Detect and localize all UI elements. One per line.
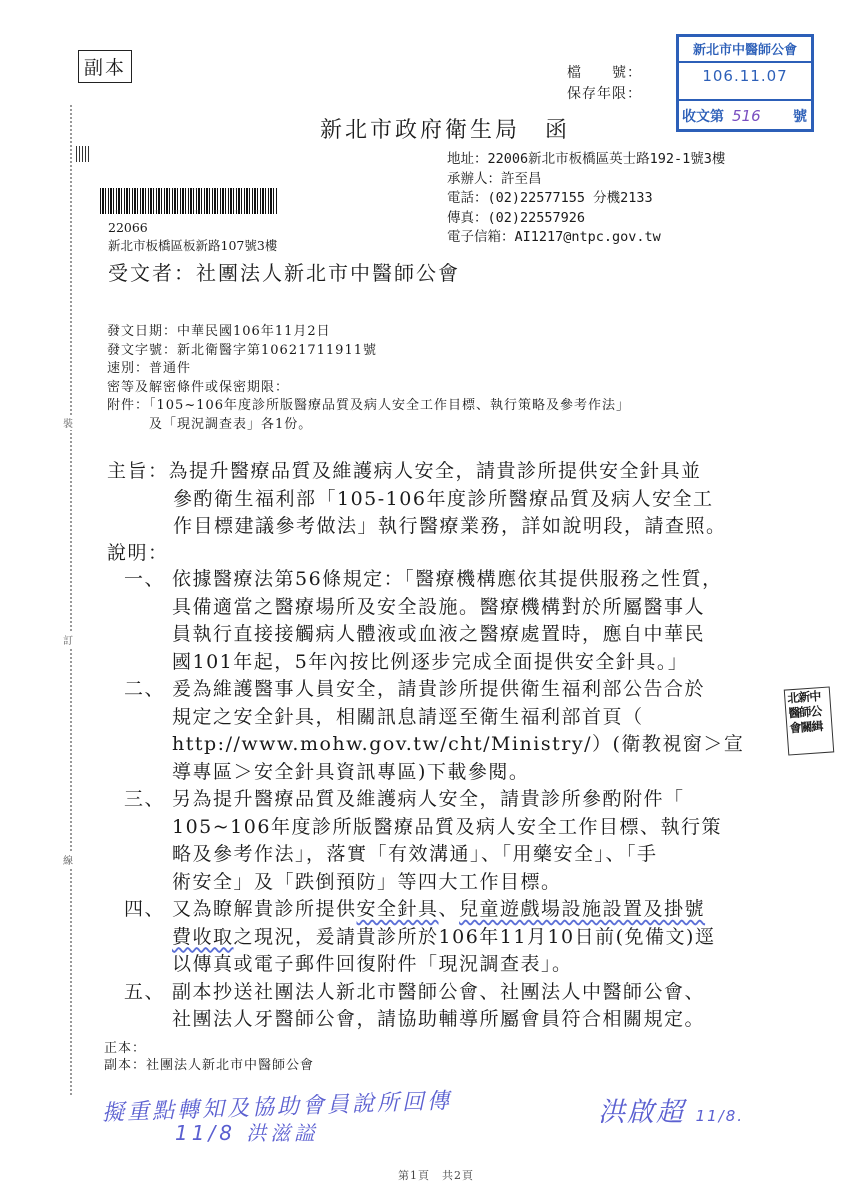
item-line: 以傳真或電子郵件回復附件「現況調查表」。: [124, 951, 744, 979]
signature-name: 洪啟超: [598, 1097, 685, 1128]
item-text: 又為瞭解貴診所提供: [172, 898, 357, 920]
recipient: 受文者：社團法人新北市中醫師公會: [108, 257, 460, 286]
distribution: 正本： 副本：社團法人新北市中醫師公會: [104, 1040, 314, 1074]
item-line: 略及參考作法」，落實「有效溝通」、「用藥安全」、「手: [124, 841, 744, 869]
subject-section: 主旨：為提升醫療品質及維護病人安全，請貴診所提供安全針具並 參酌衛生福利部「10…: [107, 458, 727, 541]
contact-address: 地址：22006新北市板橋區英士路192-1號3樓: [447, 150, 725, 170]
handwritten-underline: 安全針具: [357, 898, 439, 920]
explanation-item-2: 二、爰為維護醫事人員安全，請貴診所提供衛生福利部公告合於 規定之安全針具，相關訊…: [124, 676, 744, 786]
retention-label: 保存年限：: [567, 84, 642, 105]
document-meta: 發文日期：中華民國106年11月2日 發文字號：新北衛醫字第1062171191…: [107, 323, 630, 434]
stamp-received-prefix: 收文第: [682, 109, 724, 125]
item-line: 105~106年度診所版醫療品質及病人安全工作目標、執行策: [124, 814, 744, 842]
subject-line-3: 作目標建議參考做法」執行醫療業務，詳如說明段，請查照。: [107, 513, 727, 541]
contact-phone: 電話：(02)22577155 分機2133: [447, 189, 725, 209]
explanation-items: 一、依據醫療法第56條規定：「醫療機構應依其提供服務之性質， 具備適當之醫療場所…: [124, 566, 744, 1034]
item-number: 四、: [124, 896, 172, 924]
subject-label: 主旨：: [107, 460, 169, 482]
stamp-organization: 新北市中醫師公會: [679, 39, 811, 63]
side-seal-stamp: 北新中醫師公會關緝: [784, 686, 834, 755]
contact-fax: 傳真：(02)22557926: [447, 209, 725, 229]
item-line: 依據醫療法第56條規定：「醫療機構應依其提供服務之性質，: [172, 568, 723, 590]
item-line: 社團法人牙醫師公會，請協助輔導所屬會員符合相關規定。: [124, 1006, 744, 1034]
item-line: 爰為維護醫事人員安全，請貴診所提供衛生福利部公告合於: [172, 678, 705, 700]
item-line: 另為提升醫療品質及維護病人安全，請貴診所參酌附件「: [172, 788, 685, 810]
handwritten-signature: 洪啟超 11/8.: [598, 1090, 744, 1129]
item-number: 三、: [124, 786, 172, 814]
file-info: 檔 號： 保存年限：: [567, 63, 642, 105]
explanation-item-1: 一、依據醫療法第56條規定：「醫療機構應依其提供服務之性質， 具備適當之醫療場所…: [124, 566, 744, 676]
receipt-stamp: 新北市中醫師公會 106.11.07 收文第516號: [676, 34, 814, 132]
item-text: 、: [439, 898, 460, 920]
copy-recipient: 副本：社團法人新北市中醫師公會: [104, 1057, 314, 1074]
contact-handler: 承辦人：許至昌: [447, 170, 725, 190]
signature-date: 11/8.: [696, 1107, 744, 1125]
security-class: 密等及解密條件或保密期限：: [107, 379, 630, 398]
item-number: 一、: [124, 566, 172, 594]
item-number: 五、: [124, 979, 172, 1007]
mohw-url-link[interactable]: http://www.mohw.gov.tw/cht/Ministry/）(衛教…: [124, 731, 744, 759]
explanation-label: 說明：: [107, 540, 169, 568]
explanation-item-5: 五、副本抄送社團法人新北市醫師公會、社團法人中醫師公會、 社團法人牙醫師公會，請…: [124, 979, 744, 1034]
handwritten-note-line-2: 11/8 洪滋謚: [175, 1117, 318, 1146]
subject-line-1: 為提升醫療品質及維護病人安全，請貴診所提供安全針具並: [169, 460, 702, 482]
document-title: 新北市政府衛生局 函: [320, 113, 570, 144]
binding-line: [70, 105, 72, 1095]
item-number: 二、: [124, 676, 172, 704]
item-line: 副本抄送社團法人新北市醫師公會、社團法人中醫師公會、: [172, 981, 705, 1003]
item-line: 術安全」及「跌倒預防」等四大工作目標。: [124, 869, 744, 897]
stamp-received-suffix: 號: [793, 106, 807, 126]
copy-type-badge: 副本: [78, 50, 132, 83]
binding-mark-xian: 線: [63, 852, 73, 867]
handwritten-underline: 兒童遊戲場設施設置及掛號: [459, 898, 705, 920]
stamp-handwritten-number: 516: [732, 107, 761, 125]
mailing-address: 22066 新北市板橋區板新路107號3樓: [108, 219, 277, 255]
binding-mark-ding: 訂: [63, 632, 73, 647]
postal-code: 22066: [108, 219, 277, 237]
contact-block: 地址：22006新北市板橋區英士路192-1號3樓 承辦人：許至昌 電話：(02…: [447, 150, 725, 248]
barcode-icon: [100, 188, 278, 214]
original-recipient: 正本：: [104, 1040, 314, 1057]
stamp-received-number: 收文第516號: [679, 99, 811, 126]
attachment-line-1: 附件：「105~106年度診所版醫療品質及病人安全工作目標、執行策略及參考作法」: [107, 397, 630, 416]
issue-date: 發文日期：中華民國106年11月2日: [107, 323, 630, 342]
item-line: 規定之安全針具，相關訊息請逕至衛生福利部首頁（: [124, 704, 744, 732]
attachment-line-2: 及「現況調查表」各1份。: [107, 416, 630, 435]
side-barcode-icon: [76, 146, 90, 162]
item-line: 國101年起，5年內按比例逐步完成全面提供安全針具。」: [124, 649, 744, 677]
mailing-street: 新北市板橋區板新路107號3樓: [108, 237, 277, 255]
binding-mark-zhuang: 裝: [63, 415, 73, 430]
item-line: 具備適當之醫療場所及安全設施。醫療機構對於所屬醫事人: [124, 594, 744, 622]
explanation-item-3: 三、另為提升醫療品質及維護病人安全，請貴診所參酌附件「 105~106年度診所版…: [124, 786, 744, 896]
file-number-label: 檔 號：: [567, 63, 642, 84]
stamp-date: 106.11.07: [679, 67, 811, 85]
handwritten-underline: 費收取: [172, 926, 234, 948]
speed-class: 速別：普通件: [107, 360, 630, 379]
explanation-item-4: 四、又為瞭解貴診所提供安全針具、兒童遊戲場設施設置及掛號 費收取之現況，爰請貴診…: [124, 896, 744, 979]
item-line: 導專區＞安全針具資訊專區)下載參閱。: [124, 759, 744, 787]
subject-line-2: 參酌衛生福利部「105-106年度診所醫療品質及病人安全工: [107, 486, 727, 514]
item-line: 員執行直接接觸病人體液或血液之醫療處置時，應自中華民: [124, 621, 744, 649]
page-footer: 第1頁 共2頁: [398, 1167, 474, 1183]
contact-email: 電子信箱：AI1217@ntpc.gov.tw: [447, 228, 725, 248]
item-text: 之現況，爰請貴診所於106年11月10日前(免備文)逕: [234, 926, 716, 948]
issue-number: 發文字號：新北衛醫字第10621711911號: [107, 342, 630, 361]
